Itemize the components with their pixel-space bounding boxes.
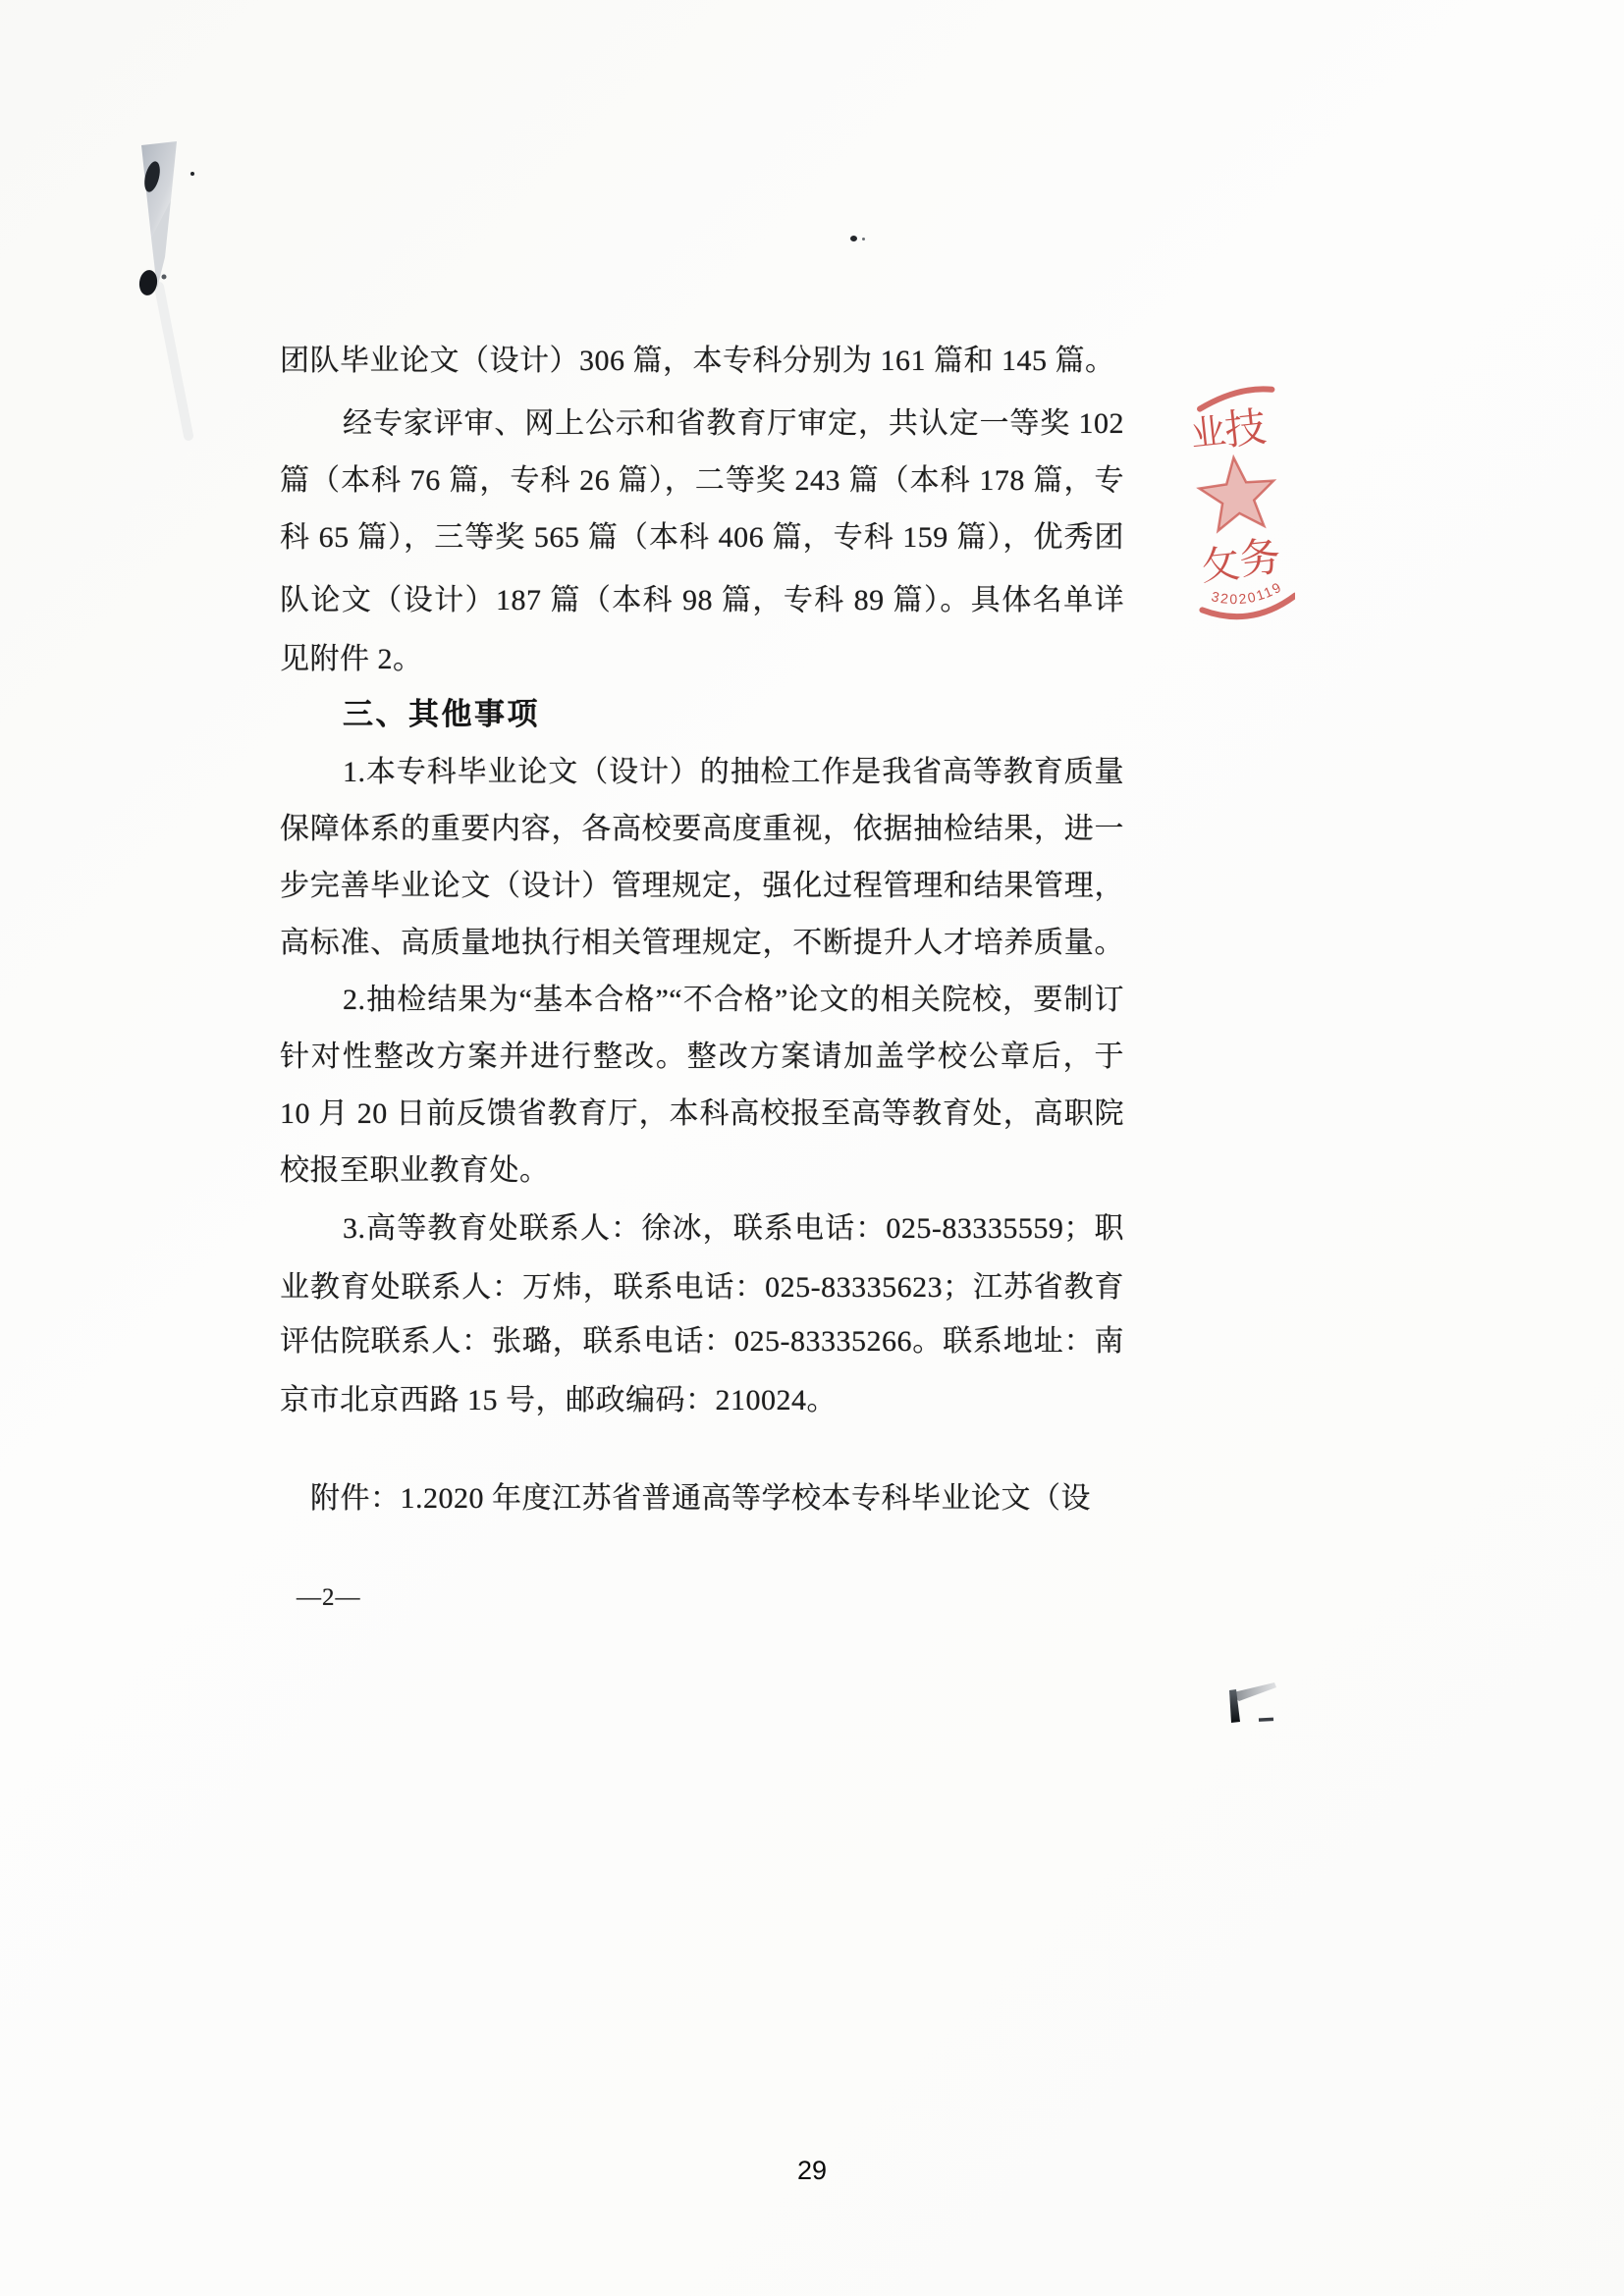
document-footer-page-label: —2— <box>297 1584 361 1612</box>
doc-line: 高标准、高质量地执行相关管理规定，不断提升人才培养质量。 <box>280 921 1124 966</box>
doc-line: 1.本专科毕业论文（设计）的抽检工作是我省高等教育质量 <box>343 750 1124 795</box>
doc-line: 科 65 篇），三等奖 565 篇（本科 406 篇，专科 159 篇），优秀团 <box>280 515 1124 561</box>
ink-speck <box>850 236 857 241</box>
doc-line: 见附件 2。 <box>280 637 423 682</box>
section-heading: 三、其他事项 <box>343 692 540 737</box>
doc-line: 队论文（设计）187 篇（本科 98 篇，专科 89 篇）。具体名单详 <box>280 578 1124 623</box>
stamp-char: 技 <box>1222 403 1269 454</box>
doc-line: 2.抽检结果为“基本合格”“不合格”论文的相关院校，要制订 <box>343 978 1124 1023</box>
doc-line: 团队毕业论文（设计）306 篇，本专科分别为 161 篇和 145 篇。 <box>280 339 1115 384</box>
stamp-star-icon <box>1197 454 1278 532</box>
ink-speck <box>190 172 194 176</box>
attachment-line: 附件：1.2020 年度江苏省普通高等学校本专科毕业论文（设 <box>310 1476 1091 1522</box>
doc-line: 经专家评审、网上公示和省教育厅审定，共认定一等奖 102 <box>343 401 1124 447</box>
doc-line: 10 月 20 日前反馈省教育厅，本科高校报至高等教育处，高职院 <box>280 1092 1124 1137</box>
doc-line: 校报至职业教育处。 <box>280 1148 550 1194</box>
stamp-char: 业 <box>1189 410 1228 454</box>
doc-line: 3.高等教育处联系人：徐冰，联系电话：025-83335559；职 <box>343 1206 1124 1252</box>
doc-line: 保障体系的重要内容，各高校要高度重视，依据抽检结果，进一 <box>280 807 1124 852</box>
scan-artifact-bottom-right <box>1216 1677 1286 1734</box>
scan-artifact-top-left <box>132 139 249 454</box>
scanned-document-page: 业 技 攵 务 32020119 团队毕业论文（设计）306 篇，本专科分别为 … <box>0 0 1624 2296</box>
doc-line: 篇（本科 76 篇，专科 26 篇），二等奖 243 篇（本科 178 篇，专 <box>280 458 1124 504</box>
stamp-char: 攵 <box>1199 542 1242 589</box>
doc-line: 业教育处联系人：万炜，联系电话：025-83335623；江苏省教育 <box>280 1265 1124 1310</box>
stamp-char: 务 <box>1237 533 1283 583</box>
doc-line: 步完善毕业论文（设计）管理规定，强化过程管理和结果管理， <box>280 864 1124 909</box>
ink-speck <box>862 238 865 240</box>
doc-line: 针对性整改方案并进行整改。整改方案请加盖学校公章后，于 <box>280 1035 1124 1080</box>
pdf-page-number: 29 <box>797 2156 827 2186</box>
doc-line: 评估院联系人：张璐，联系电话：025-83335266。联系地址：南 <box>280 1319 1124 1364</box>
doc-line: 京市北京西路 15 号，邮政编码：210024。 <box>280 1378 837 1423</box>
red-seal-stamp: 业 技 攵 务 32020119 <box>1181 379 1295 624</box>
